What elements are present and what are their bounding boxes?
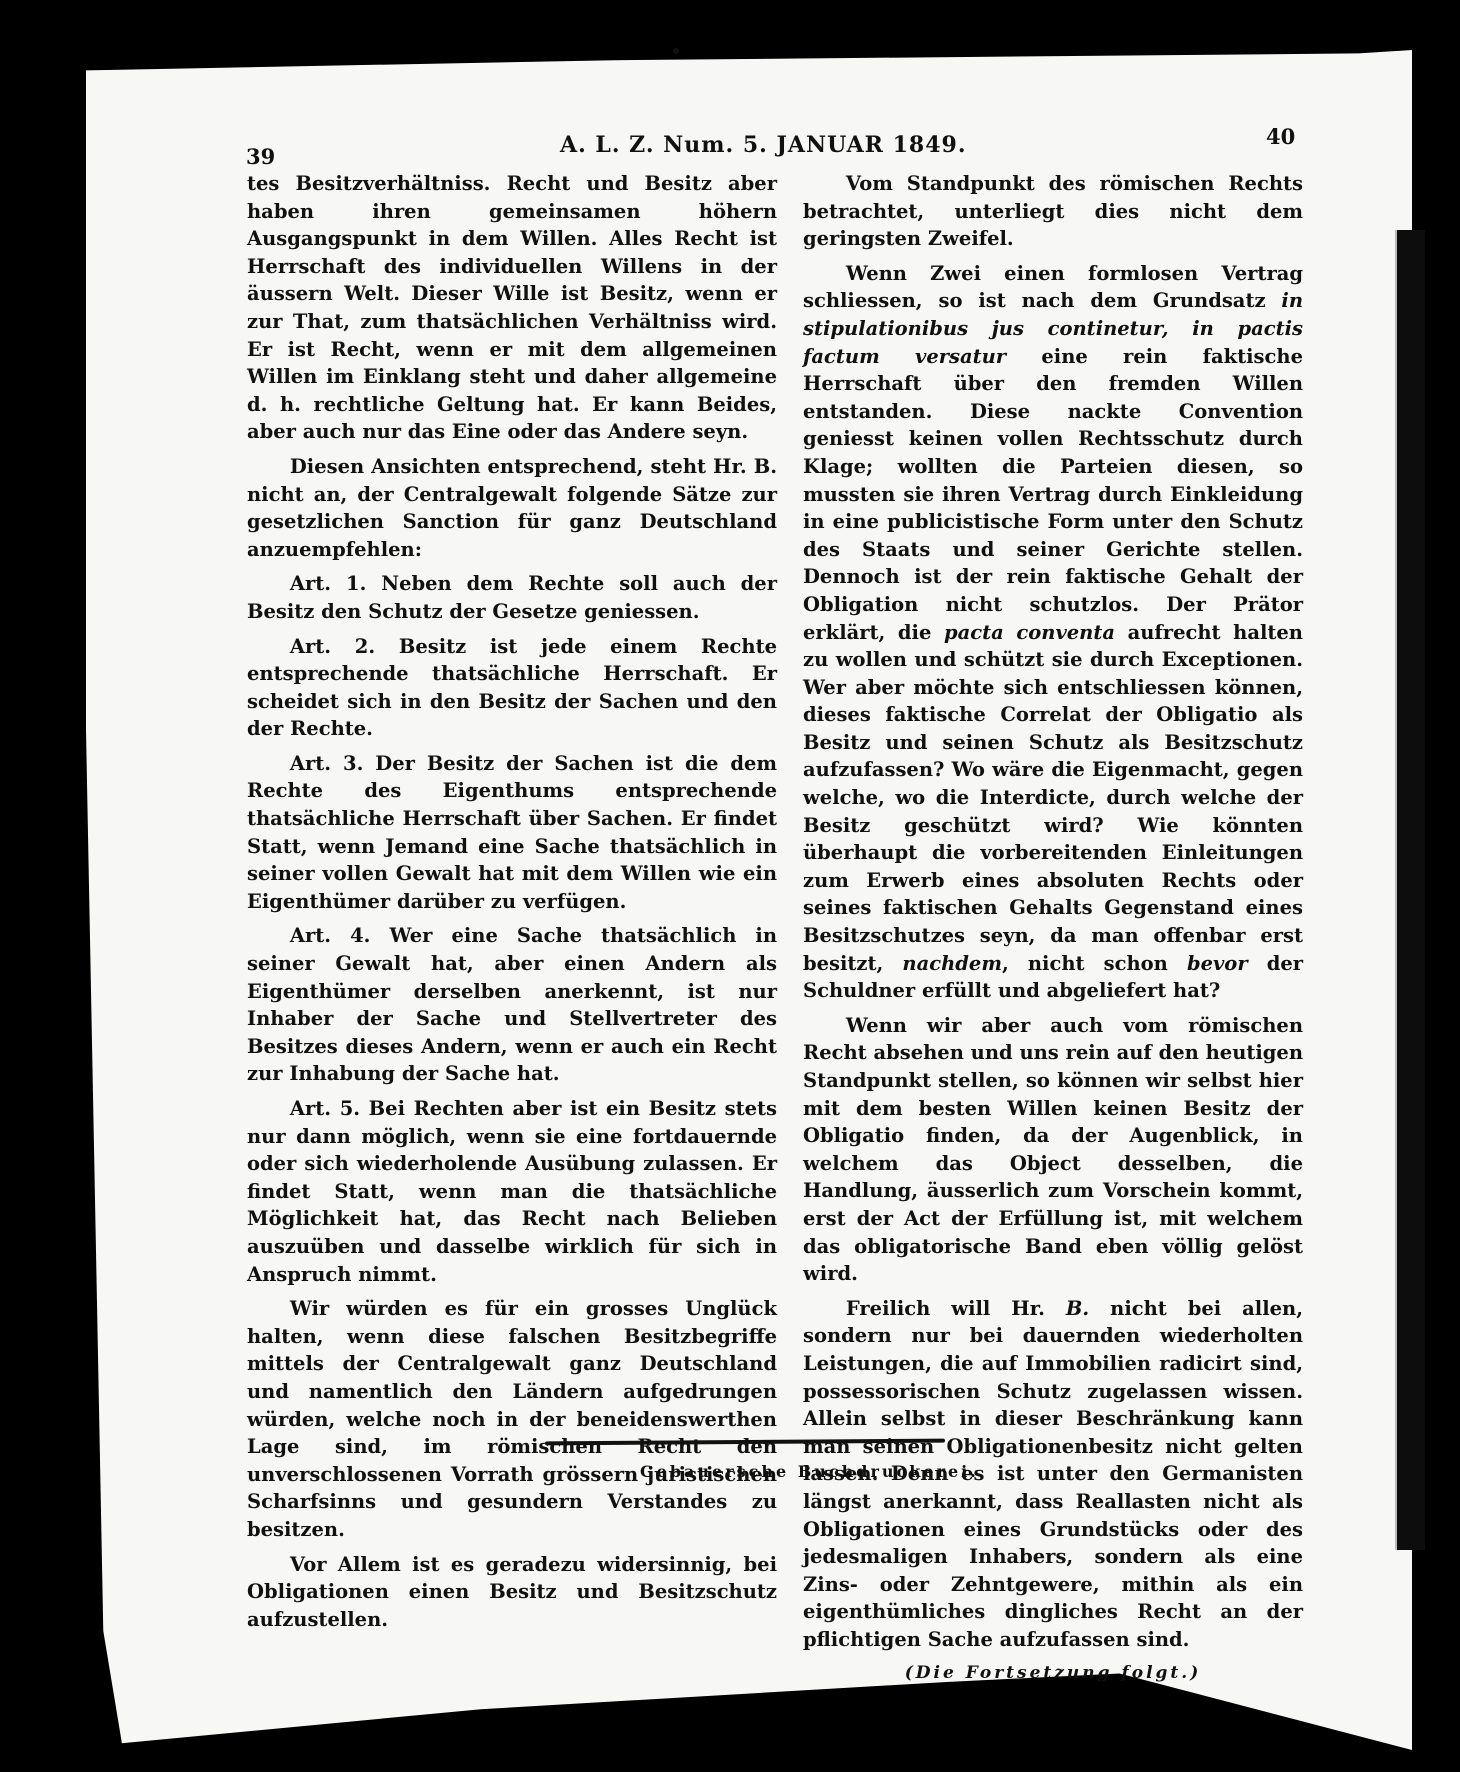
printer-imprint: Gebauersche Buchdruckerei. <box>640 1462 979 1481</box>
left-column: tes Besitzverhältniss. Recht und Besitz … <box>247 170 777 1640</box>
ink-mark <box>673 48 679 54</box>
page-number-right: 40 <box>1266 124 1295 149</box>
article-5: Art. 5. Bei Rechten aber ist ein Besitz … <box>247 1095 777 1288</box>
page-number-left: 39 <box>246 144 275 169</box>
page-edge-shadow <box>1395 230 1425 1550</box>
latin-phrase: pacta conventa <box>944 621 1115 644</box>
paragraph: Vor Allem ist es geradezu widersinnig, b… <box>247 1551 777 1634</box>
paragraph: Wenn wir aber auch vom römischen Recht a… <box>803 1012 1303 1288</box>
article-1: Art. 1. Neben dem Rechte soll auch der B… <box>247 570 777 625</box>
paragraph: tes Besitzverhältniss. Recht und Besitz … <box>247 170 777 446</box>
paragraph: Vom Standpunkt des römischen Rechts betr… <box>803 170 1303 253</box>
continuation-note: (Die Fortsetzung folgt.) <box>803 1660 1303 1688</box>
emphasis: bevor <box>1187 952 1248 975</box>
article-2: Art. 2. Besitz ist jede einem Rechte ent… <box>247 633 777 743</box>
article-3: Art. 3. Der Besitz der Sachen ist die de… <box>247 750 777 916</box>
article-4: Art. 4. Wer eine Sache thatsächlich in s… <box>247 922 777 1088</box>
running-header: A. L. Z. Num. 5. JANUAR 1849. <box>560 132 967 158</box>
paragraph: Wir würden es für ein grosses Unglück ha… <box>247 1295 777 1543</box>
emphasis: nachdem <box>902 952 1002 975</box>
paragraph: Wenn Zwei einen formlosen Vertrag schlie… <box>803 260 1303 1005</box>
emphasis: B. <box>1066 1297 1089 1320</box>
paragraph: Diesen Ansichten entsprechend, steht Hr.… <box>247 453 777 563</box>
